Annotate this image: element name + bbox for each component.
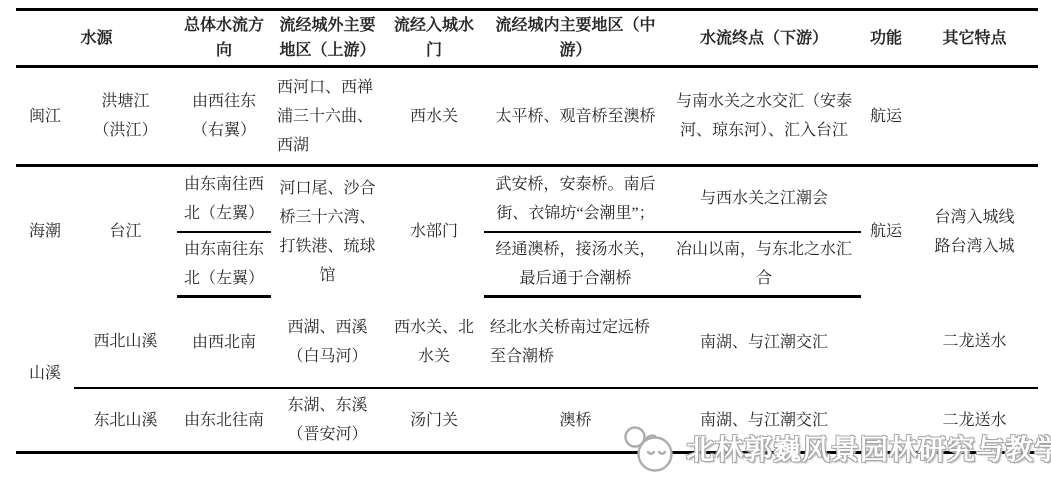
cell-minjiang-sub-source: 洪塘江 （洪江） — [74, 67, 177, 166]
cell-shanxi-ne-other: 二龙送水 — [911, 388, 1038, 453]
cell-shanxi-nw-function — [861, 296, 911, 388]
cell-minjiang-upstream: 西河口、西禅 浦三十六曲、 西湖 — [271, 67, 384, 166]
cell-minjiang-source: 闽江 — [16, 67, 74, 166]
cell-minjiang-other — [911, 67, 1038, 166]
table-wrap: 水源 总体水流方 向 流经城外主要 地区（上游） 流经入城水 门 流经城内主要地… — [16, 8, 1038, 454]
page: 水源 总体水流方 向 流经城外主要 地区（上游） 流经入城水 门 流经城内主要地… — [0, 0, 1051, 500]
cell-haichao-endpoint-upper: 与西水关之江潮会 — [667, 166, 861, 232]
cell-haichao-direction-lower: 由东南往东 北（左翼） — [177, 232, 271, 297]
header-endpoint: 水流终点（下游） — [667, 10, 861, 67]
cell-minjiang-endpoint: 与南水关之水交汇（安泰 河、琼东河）、汇入台江 — [667, 67, 861, 166]
row-haichao-upper: 海潮 台江 由东南往西 北（左翼） 河口尾、沙合 桥三十六湾、 打铁港、琉球 馆… — [16, 166, 1038, 232]
row-shanxi-northwest: 山溪 西北山溪 由西北南 西湖、西溪 （白马河） 西水关、北 水关 经北水关桥南… — [16, 296, 1038, 388]
cell-shanxi-nw-sub-source: 西北山溪 — [74, 296, 177, 388]
cell-shanxi-ne-endpoint: 南湖、与江潮交汇 — [667, 388, 861, 453]
cell-shanxi-nw-endpoint: 南湖、与江潮交汇 — [667, 296, 861, 388]
cell-haichao-sub-source: 台江 — [74, 166, 177, 297]
cell-minjiang-gate: 西水关 — [384, 67, 484, 166]
cell-haichao-direction-upper: 由东南往西 北（左翼） — [177, 166, 271, 232]
header-gate: 流经入城水 门 — [384, 10, 484, 67]
header-function: 功能 — [861, 10, 911, 67]
cell-minjiang-direction: 由西往东 （右翼） — [177, 67, 271, 166]
cell-shanxi-nw-upstream: 西湖、西溪 （白马河） — [271, 296, 384, 388]
header-midstream: 流经城内主要地区（中 游） — [484, 10, 667, 67]
cell-haichao-source: 海潮 — [16, 166, 74, 297]
water-systems-table: 水源 总体水流方 向 流经城外主要 地区（上游） 流经入城水 门 流经城内主要地… — [16, 8, 1038, 454]
cell-haichao-midstream-lower: 经通澳桥，接汤水关， 最后通于合潮桥 — [484, 232, 667, 297]
cell-minjiang-function: 航运 — [861, 67, 911, 166]
row-shanxi-northeast: 东北山溪 由东北往南 东湖、东溪 （晋安河） 汤门关 澳桥 南湖、与江潮交汇 二… — [16, 388, 1038, 453]
cell-shanxi-nw-other: 二龙送水 — [911, 296, 1038, 388]
header-upstream: 流经城外主要 地区（上游） — [271, 10, 384, 67]
cell-haichao-function: 航运 — [861, 166, 911, 297]
cell-haichao-gate: 水部门 — [384, 166, 484, 297]
cell-shanxi-ne-midstream: 澳桥 — [484, 388, 667, 453]
cell-shanxi-ne-upstream: 东湖、东溪 （晋安河） — [271, 388, 384, 453]
cell-shanxi-nw-midstream: 经北水关桥南过定远桥 至合潮桥 — [484, 296, 667, 388]
cell-shanxi-ne-direction: 由东北往南 — [177, 388, 271, 453]
cell-shanxi-nw-direction: 由西北南 — [177, 296, 271, 388]
cell-shanxi-ne-sub-source: 东北山溪 — [74, 388, 177, 453]
cell-minjiang-midstream: 太平桥、观音桥至澳桥 — [484, 67, 667, 166]
header-direction: 总体水流方 向 — [177, 10, 271, 67]
cell-haichao-midstream-upper: 武安桥，安泰桥。南后 街、衣锦坊“会潮里”； — [484, 166, 667, 232]
cell-shanxi-ne-function — [861, 388, 911, 453]
cell-shanxi-nw-gate: 西水关、北 水关 — [384, 296, 484, 388]
cell-shanxi-source: 山溪 — [16, 296, 74, 453]
cell-shanxi-ne-gate: 汤门关 — [384, 388, 484, 453]
cell-haichao-other: 台湾入城线 路台湾入城 — [911, 166, 1038, 297]
header-other: 其它特点 — [911, 10, 1038, 67]
cell-haichao-upstream: 河口尾、沙合 桥三十六湾、 打铁港、琉球 馆 — [271, 166, 384, 297]
header-source: 水源 — [16, 10, 177, 67]
row-minjiang: 闽江 洪塘江 （洪江） 由西往东 （右翼） 西河口、西禅 浦三十六曲、 西湖 西… — [16, 67, 1038, 166]
header-row: 水源 总体水流方 向 流经城外主要 地区（上游） 流经入城水 门 流经城内主要地… — [16, 10, 1038, 67]
cell-haichao-endpoint-lower: 冶山以南，与东北之水汇 合 — [667, 232, 861, 297]
